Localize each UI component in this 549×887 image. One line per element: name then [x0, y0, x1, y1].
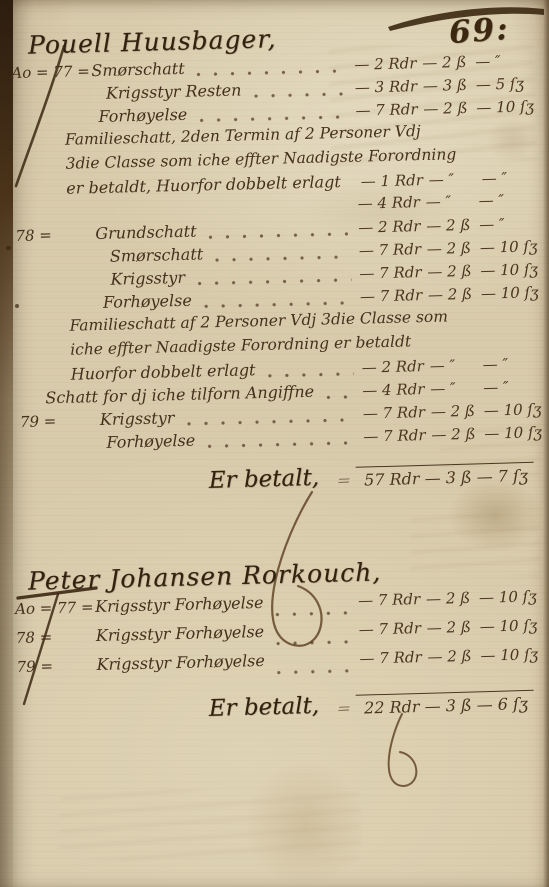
dotted-leader	[204, 301, 352, 309]
ledger-paragraph-row: Familieschatt af 2 Personer Vdj 3die Cla…	[17, 305, 539, 389]
amount-rigsdaler: — 1 Rdr	[361, 171, 429, 191]
year-label: 78 =	[15, 225, 95, 245]
year-label: 78 =	[16, 627, 96, 647]
ledger-paragraph-row: Familieschatt, 2den Termin af 2 Personer…	[13, 119, 535, 203]
section-total: Er betalt, ＝ 22 Rdr — 3 ß — 6 ſʒ	[16, 687, 537, 729]
amount-skilling: — 10 ſʒ	[481, 283, 537, 302]
row-label: Krigsstyr Forhøyelse	[96, 622, 265, 645]
amount-mark: — 2 ß	[427, 262, 480, 281]
amount-rigsdaler: — 7 Rdr	[363, 403, 431, 423]
amount-skilling: — 10 ſʒ	[484, 423, 540, 442]
row-label: Krigsstyr Forhøyelse	[96, 651, 265, 674]
amount-rigsdaler: — 2 Rdr	[354, 54, 422, 74]
ink-bleedthrough	[60, 790, 360, 860]
equals-sign: ＝	[335, 698, 349, 719]
amount-skilling: — ″	[479, 214, 535, 233]
dotted-leader	[209, 232, 351, 239]
amount-mark: — 3 ß	[423, 76, 476, 95]
dotted-leader	[197, 69, 347, 77]
year-label	[13, 122, 93, 124]
dotted-leader	[277, 669, 352, 675]
total-label: Er betalt,	[208, 693, 319, 722]
dotted-leader	[326, 395, 354, 400]
amount-mark: — 2 ß	[427, 618, 480, 637]
amount-mark: — ″	[429, 356, 482, 375]
amount-mark: — 2 ß	[431, 402, 484, 421]
year-label	[12, 99, 92, 101]
amount-rigsdaler: — 2 Rdr	[358, 217, 426, 237]
total-amount: 57 Rdr — 3 ß — 7 ſʒ	[356, 462, 534, 490]
ledger-rows: Ao = 77 = Krigsstyr Forhøyelse — 7 Rdr —…	[15, 586, 537, 686]
ledger-rows: Ao = 77 = Smørschatt — 2 Rdr — 2 ß — ″ K…	[11, 50, 540, 458]
amount-rigsdaler: — 4 Rdr	[362, 380, 430, 400]
dotted-leader	[276, 640, 351, 646]
page-edge	[543, 0, 549, 887]
manuscript-page: 69: Pouell Huusbager, Ao = 77 = Smørscha…	[0, 0, 549, 887]
equals-sign: ＝	[335, 470, 349, 491]
total-label: Er betalt,	[208, 465, 319, 494]
amount-rigsdaler: — 7 Rdr	[359, 619, 427, 639]
amount-skilling: — ″	[483, 377, 539, 396]
year-label: 79 =	[20, 411, 100, 431]
amount-skilling: — ″	[481, 168, 537, 187]
year-label: 79 =	[16, 656, 96, 676]
ledger-section-1: Pouell Huusbager, Ao = 77 = Smørschatt —…	[16, 24, 536, 493]
amount-skilling: — ″	[475, 51, 531, 70]
year-label	[15, 215, 95, 217]
amount-skilling: — 10 ſʒ	[480, 260, 536, 279]
amount-mark: — 2 ß	[427, 647, 480, 666]
amount-skilling: — 10 ſʒ	[480, 645, 536, 664]
amount-skilling: — 10 ſʒ	[479, 587, 535, 606]
amount-rigsdaler: — 7 Rdr	[363, 426, 431, 446]
amount-rigsdaler: — 7 Rdr	[355, 100, 423, 120]
amount-skilling: — 5 ſʒ	[476, 74, 532, 93]
row-label: Forhøyelse	[92, 105, 187, 126]
amount-rigsdaler: — 7 Rdr	[358, 590, 426, 610]
dotted-leader	[276, 611, 351, 617]
dotted-leader	[254, 92, 348, 98]
amount-rigsdaler: — 2 Rdr	[361, 357, 429, 377]
dotted-leader	[186, 418, 355, 426]
paper-stain	[245, 760, 365, 887]
dotted-leader	[197, 278, 352, 286]
row-label: Smørschatt	[91, 59, 185, 80]
amount-mark: — 2 ß	[426, 589, 479, 608]
amount-mark: — 2 ß	[423, 99, 476, 118]
dotted-leader	[207, 441, 355, 449]
dotted-leader	[199, 115, 347, 123]
amount-skilling: — 10 ſʒ	[484, 400, 540, 419]
year-label	[16, 262, 96, 264]
row-label: Krigsstyr	[96, 268, 185, 289]
binding-gutter	[0, 0, 13, 887]
amount-rigsdaler: — 7 Rdr	[360, 286, 428, 306]
year-label	[17, 285, 97, 287]
row-label: Grundschatt	[95, 222, 197, 243]
amount-mark: — 2 ß	[422, 53, 475, 72]
section-total: Er betalt, ＝ 57 Rdr — 3 ß — 7 ſʒ	[16, 459, 537, 501]
amount-mark: — 2 ß	[426, 216, 479, 235]
year-label	[21, 448, 101, 450]
year-label	[17, 308, 97, 310]
dotted-leader	[215, 255, 351, 262]
amount-mark: — 2 ß	[431, 425, 484, 444]
total-amount: 22 Rdr — 3 ß — 6 ſʒ	[356, 690, 534, 718]
amount-rigsdaler: — 7 Rdr	[359, 263, 427, 283]
amount-mark: — ″	[425, 192, 478, 211]
amount-rigsdaler: — 4 Rdr	[357, 193, 425, 213]
row-label: Krigsstyr Resten	[92, 80, 242, 103]
amount-mark: — ″	[429, 170, 482, 189]
year-label: Ao = 77 =	[15, 598, 95, 618]
amount-rigsdaler: — 7 Rdr	[359, 240, 427, 260]
amount-skilling: — 10 ſʒ	[476, 97, 532, 116]
amount-skilling: — 10 ſʒ	[480, 237, 536, 256]
amount-rigsdaler: — 3 Rdr	[355, 77, 423, 97]
row-label: Smørschatt	[96, 244, 204, 266]
e-loop-icon	[389, 714, 417, 786]
row-label: Forhøyelse	[97, 291, 192, 312]
amount-mark: — 2 ß	[428, 285, 481, 304]
amount-skilling: — ″	[482, 354, 538, 373]
ledger-section-2: Peter Johansen Rorkouch, Ao = 77 = Krigs…	[16, 560, 536, 721]
dotted-leader	[268, 372, 354, 378]
row-label: Krigsstyr Forhøyelse	[95, 593, 264, 616]
row-label: Forhøyelse	[100, 431, 195, 452]
amount-skilling: — 10 ſʒ	[480, 616, 536, 635]
amount-mark: — ″	[430, 379, 483, 398]
amount-mark: — 2 ß	[427, 239, 480, 258]
dotted-leader	[107, 209, 350, 219]
amount-rigsdaler: — 7 Rdr	[359, 648, 427, 668]
row-label: Krigsstyr	[100, 408, 175, 429]
amount-skilling: — ″	[478, 190, 534, 209]
year-label: Ao = 77 =	[11, 62, 91, 82]
